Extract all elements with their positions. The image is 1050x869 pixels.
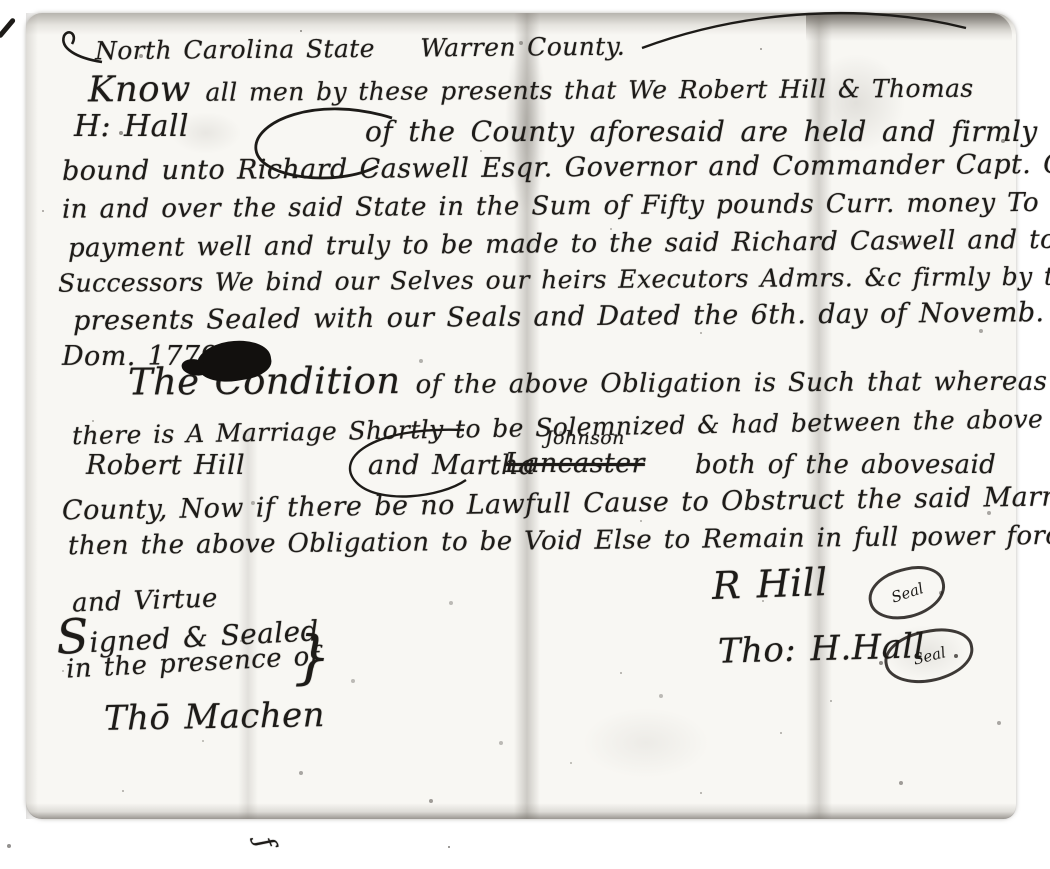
line-know-all-men-lead: Know: [88, 69, 206, 111]
paper-bottom-edge-toning: [26, 803, 1016, 819]
line-condition-rest: of the above Obligation is Such that whe…: [416, 366, 1050, 400]
line-parties-interlined-surname: Johnson: [545, 429, 625, 448]
line-know-all-men: Know all men by these presents that We R…: [88, 68, 974, 108]
stray-pen-mark: ƒ: [251, 833, 279, 852]
witness-signature: Thō Machen: [104, 698, 325, 736]
paper-left-edge-toning: [26, 13, 38, 819]
foxing-speckles: [0, 0, 2, 2]
line-successors: Successors We bind our Selves our heirs …: [58, 263, 1050, 295]
line-know-all-men-rest: all men by these presents that We Robert…: [205, 74, 973, 107]
attestation-brace: }: [294, 628, 331, 686]
line-parties-abovesaid: both of the abovesaid: [695, 452, 996, 478]
line-parties-groom: Robert Hill: [86, 452, 245, 479]
seal-t-hall-label: Seal: [911, 643, 947, 668]
scanned-document: North Carolina State Warren County. Know…: [0, 0, 1050, 869]
line-parties-struck-surname: Lancaster: [505, 450, 645, 477]
paper-top-right-edge-toning: [806, 13, 1012, 41]
line-state-county: North Carolina State Warren County.: [95, 34, 625, 64]
signature-r-hill: R Hill: [711, 563, 828, 605]
line-sum-fifty-pounds: in and over the said State in the Sum of…: [62, 189, 1050, 222]
line-presents-sealed: presents Sealed with our Seals and Dated…: [73, 298, 1050, 334]
seal-r-hill-label: Seal: [889, 579, 926, 606]
line-bound-unto: bound unto Richard Caswell Esqr. Governo…: [62, 150, 1050, 185]
line-condition-lead: The Condition: [128, 359, 416, 404]
line-principal-hall: H: Hall: [74, 112, 189, 142]
line-county-aforesaid: of the County aforesaid are held and fir…: [365, 118, 1038, 146]
stray-ink-corner-mark: [0, 17, 16, 39]
